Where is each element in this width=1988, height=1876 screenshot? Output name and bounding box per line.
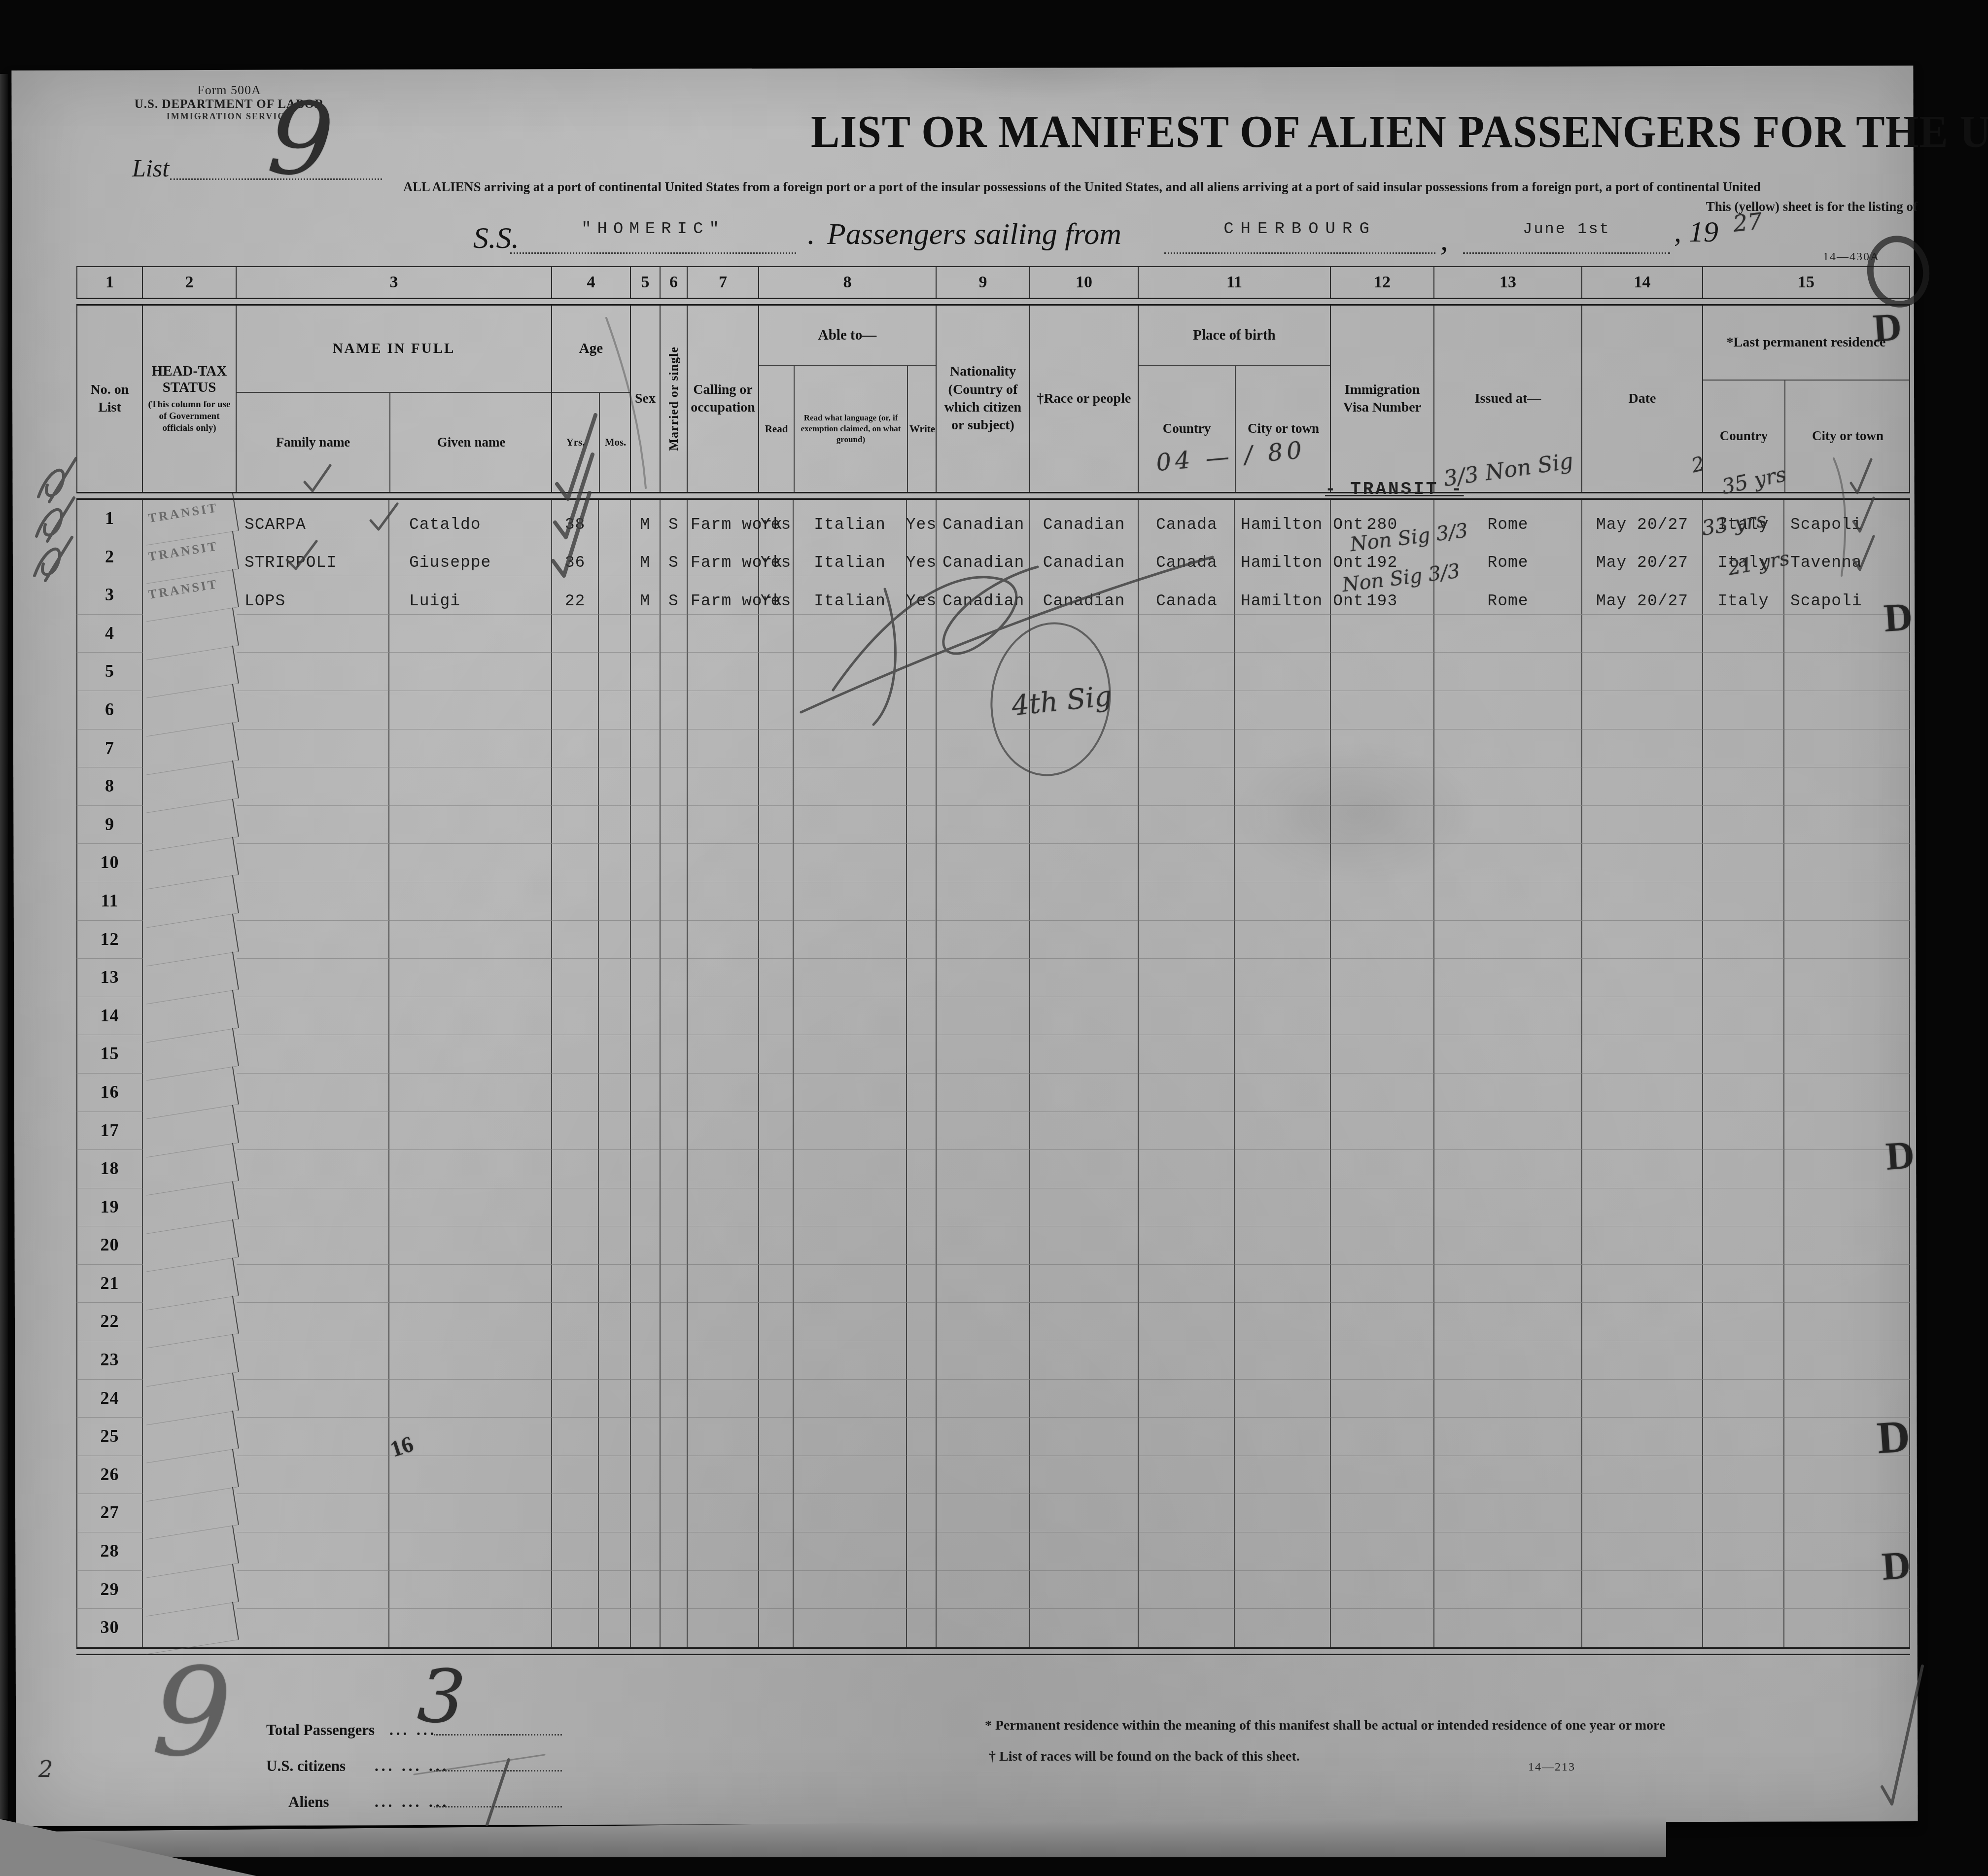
cell-no: 3 xyxy=(76,576,143,615)
cell-sex xyxy=(631,1035,661,1074)
cell-mos xyxy=(599,1341,631,1380)
cell-race: Canadian xyxy=(1030,576,1139,615)
cell-write xyxy=(907,1532,937,1571)
table-row: 8 xyxy=(76,767,1910,806)
cell-lang: Italian xyxy=(794,576,907,615)
column-number-6: 6 xyxy=(661,267,688,298)
cell-date xyxy=(1582,1571,1703,1609)
cell-issued xyxy=(1434,615,1582,653)
cell-yrs xyxy=(552,921,599,959)
port-line: CHERBOURG xyxy=(1164,220,1435,254)
cell-race xyxy=(1030,1112,1139,1150)
cell-visa xyxy=(1331,767,1434,806)
table-row: 15 xyxy=(76,1035,1910,1074)
cell-calling xyxy=(688,1494,759,1532)
cell-yrs xyxy=(552,1035,599,1074)
cell-lang xyxy=(794,1532,907,1571)
cell-b_country xyxy=(1139,767,1235,806)
column-number-12: 12 xyxy=(1331,267,1434,298)
table-row: 22 xyxy=(76,1303,1910,1341)
form-code-bottom: 14—213 xyxy=(1528,1761,1575,1774)
cell-yrs xyxy=(552,1074,599,1112)
cell-b_city xyxy=(1235,1150,1331,1188)
cell-given xyxy=(389,1456,552,1494)
cell-visa xyxy=(1331,1035,1434,1074)
cell-sex xyxy=(631,1418,661,1456)
cell-lang xyxy=(794,730,907,768)
cell-b_city xyxy=(1235,1074,1331,1112)
cell-read xyxy=(759,1494,794,1532)
cell-issued xyxy=(1434,997,1582,1036)
cell-lang xyxy=(794,767,907,806)
column-number-3: 3 xyxy=(237,267,552,298)
cell-date xyxy=(1582,691,1703,730)
cell-lang xyxy=(794,1188,907,1227)
cell-b_city xyxy=(1235,1571,1331,1609)
cell-sex xyxy=(631,1303,661,1341)
cell-date xyxy=(1582,997,1703,1036)
cell-l_city xyxy=(1784,806,1910,844)
cell-b_city xyxy=(1235,844,1331,882)
cell-yrs xyxy=(552,1532,599,1571)
cell-mos xyxy=(599,844,631,882)
cell-write xyxy=(907,1074,937,1112)
cell-given xyxy=(389,730,552,768)
cell-lang xyxy=(794,1226,907,1265)
cell-yrs xyxy=(552,615,599,653)
cell-b_country xyxy=(1139,653,1235,691)
cell-nationality xyxy=(937,1494,1030,1532)
cell-issued xyxy=(1434,921,1582,959)
cell-mos xyxy=(599,767,631,806)
comma: , xyxy=(1440,223,1448,258)
cell-yrs xyxy=(552,1609,599,1647)
d-stamp: D xyxy=(1884,1133,1916,1180)
cell-b_country xyxy=(1139,1532,1235,1571)
cell-yrs xyxy=(552,882,599,921)
cell-marital xyxy=(661,1494,688,1532)
cell-family xyxy=(237,767,389,806)
cell-given xyxy=(389,997,552,1036)
cell-calling xyxy=(688,1380,759,1418)
cell-no: 30 xyxy=(76,1609,143,1647)
cell-b_country xyxy=(1139,844,1235,882)
cell-given: Giuseppe xyxy=(389,538,552,577)
table-row: 12 xyxy=(76,921,1910,959)
cell-issued xyxy=(1434,767,1582,806)
cell-yrs xyxy=(552,767,599,806)
cell-yrs xyxy=(552,806,599,844)
cell-no: 27 xyxy=(76,1494,143,1532)
cell-marital xyxy=(661,1341,688,1380)
cell-mos xyxy=(599,806,631,844)
cell-given xyxy=(389,1571,552,1609)
cell-date xyxy=(1582,1341,1703,1380)
cell-lang xyxy=(794,806,907,844)
cell-calling xyxy=(688,1188,759,1227)
page-left-edge xyxy=(0,74,8,1819)
cell-sex xyxy=(631,767,661,806)
cell-sex xyxy=(631,1571,661,1609)
cell-issued xyxy=(1434,806,1582,844)
cell-read xyxy=(759,1341,794,1380)
cell-read xyxy=(759,1035,794,1074)
cell-mos xyxy=(599,1150,631,1188)
cell-visa xyxy=(1331,1571,1434,1609)
cell-l_country xyxy=(1703,1571,1784,1609)
cell-b_country xyxy=(1139,1494,1235,1532)
table-row: 10 xyxy=(76,844,1910,882)
cell-calling xyxy=(688,730,759,768)
cell-date xyxy=(1582,730,1703,768)
cell-issued xyxy=(1434,1226,1582,1265)
cell-lang xyxy=(794,1265,907,1303)
cell-mos xyxy=(599,1188,631,1227)
cell-calling xyxy=(688,844,759,882)
cell-given xyxy=(389,882,552,921)
cell-calling xyxy=(688,921,759,959)
cell-date: May 20/27 xyxy=(1582,538,1703,577)
ink-bleed-smudge xyxy=(887,35,1183,99)
manifest-body: 1TRANSITSCARPACataldo38MSFarm workYesIta… xyxy=(76,500,1910,1647)
header-age: Age xyxy=(552,306,630,392)
cell-b_country xyxy=(1139,1035,1235,1074)
cell-lang xyxy=(794,1571,907,1609)
port-of-sailing: CHERBOURG xyxy=(1223,220,1376,239)
cell-race xyxy=(1030,1380,1139,1418)
d-stamp: D xyxy=(1872,305,1903,351)
cell-family xyxy=(237,615,389,653)
cell-issued xyxy=(1434,1532,1582,1571)
cell-race xyxy=(1030,844,1139,882)
column-number-14: 14 xyxy=(1582,267,1703,298)
cell-l_city xyxy=(1784,1188,1910,1227)
column-number-row: 123456789101112131415 xyxy=(76,267,1910,298)
header-place-of-birth: Place of birth xyxy=(1139,306,1330,365)
cell-visa xyxy=(1331,615,1434,653)
cell-b_country xyxy=(1139,1226,1235,1265)
cell-no: 8 xyxy=(76,767,143,806)
cell-b_country xyxy=(1139,1188,1235,1227)
cell-sex xyxy=(631,1074,661,1112)
cell-visa xyxy=(1331,959,1434,997)
cell-mos xyxy=(599,615,631,653)
cell-race xyxy=(1030,1341,1139,1380)
cell-l_country xyxy=(1703,653,1784,691)
cell-mos xyxy=(599,576,631,615)
cell-lang xyxy=(794,1303,907,1341)
cell-b_country xyxy=(1139,921,1235,959)
cell-b_country xyxy=(1139,1150,1235,1188)
cell-read: Yes xyxy=(759,576,794,615)
cell-lang xyxy=(794,1112,907,1150)
cell-calling xyxy=(688,1112,759,1150)
cell-marital xyxy=(661,844,688,882)
cell-issued xyxy=(1434,1188,1582,1227)
cell-race: Canadian xyxy=(1030,538,1139,577)
cell-sex xyxy=(631,921,661,959)
cell-l_country xyxy=(1703,1380,1784,1418)
cell-l_city xyxy=(1784,1341,1910,1380)
cell-calling xyxy=(688,1265,759,1303)
cell-issued xyxy=(1434,882,1582,921)
cell-no: 12 xyxy=(76,921,143,959)
cell-b_country xyxy=(1139,806,1235,844)
cell-given xyxy=(389,1035,552,1074)
cell-visa xyxy=(1331,1303,1434,1341)
us-citizens-label: U.S. citizens xyxy=(266,1757,346,1775)
cell-lang xyxy=(794,615,907,653)
ship-name-line: "HOMERIC" xyxy=(510,220,796,254)
cell-date xyxy=(1582,1456,1703,1494)
cell-l_country xyxy=(1703,1341,1784,1380)
cell-visa xyxy=(1331,921,1434,959)
cell-marital xyxy=(661,653,688,691)
table-row: 4 xyxy=(76,615,1910,653)
cell-race xyxy=(1030,921,1139,959)
cell-visa xyxy=(1331,882,1434,921)
cell-read xyxy=(759,1303,794,1341)
table-row: 20 xyxy=(76,1226,1910,1265)
table-row: 23 xyxy=(76,1341,1910,1380)
cell-l_city xyxy=(1784,1303,1910,1341)
cell-date: May 20/27 xyxy=(1582,576,1703,615)
cell-family xyxy=(237,730,389,768)
header-nationality: Nationality (Country of which citizen or… xyxy=(937,306,1029,492)
cell-no: 28 xyxy=(76,1532,143,1571)
cell-visa xyxy=(1331,1074,1434,1112)
cell-issued xyxy=(1434,1035,1582,1074)
cell-mos xyxy=(599,1418,631,1456)
table-row: 26 xyxy=(76,1456,1910,1494)
cell-l_city xyxy=(1784,691,1910,730)
cell-family xyxy=(237,997,389,1036)
cell-yrs xyxy=(552,959,599,997)
cell-read xyxy=(759,1571,794,1609)
cell-marital xyxy=(661,1112,688,1150)
cell-sex xyxy=(631,1112,661,1150)
table-row: 13 xyxy=(76,959,1910,997)
cell-family xyxy=(237,1150,389,1188)
cell-mos xyxy=(599,730,631,768)
cell-b_city xyxy=(1235,1035,1331,1074)
cell-read xyxy=(759,615,794,653)
cell-sex xyxy=(631,959,661,997)
cell-sex xyxy=(631,844,661,882)
cell-issued xyxy=(1434,1456,1582,1494)
cell-given xyxy=(389,1609,552,1647)
cell-family xyxy=(237,1380,389,1418)
cell-visa xyxy=(1331,730,1434,768)
cell-no: 25 xyxy=(76,1418,143,1456)
cell-given: Cataldo xyxy=(389,500,552,538)
cell-marital xyxy=(661,1380,688,1418)
cell-race xyxy=(1030,1418,1139,1456)
column-number-13: 13 xyxy=(1434,267,1582,298)
cell-given xyxy=(389,1112,552,1150)
cell-race xyxy=(1030,997,1139,1036)
header-no-on-list: No. on List xyxy=(84,306,136,492)
cell-no: 10 xyxy=(76,844,143,882)
cell-b_country xyxy=(1139,959,1235,997)
cell-no: 17 xyxy=(76,1112,143,1150)
cell-no: 6 xyxy=(76,691,143,730)
cell-issued xyxy=(1434,1341,1582,1380)
cell-family xyxy=(237,844,389,882)
cell-date xyxy=(1582,844,1703,882)
aliens-leader-line xyxy=(434,1783,562,1807)
cell-b_city xyxy=(1235,767,1331,806)
cell-yrs xyxy=(552,1494,599,1532)
cell-no: 26 xyxy=(76,1456,143,1494)
cell-sex xyxy=(631,1226,661,1265)
cell-issued xyxy=(1434,653,1582,691)
cell-write xyxy=(907,1418,937,1456)
cell-sex xyxy=(631,1494,661,1532)
cell-nationality xyxy=(937,1265,1030,1303)
cell-family xyxy=(237,1609,389,1647)
cell-family xyxy=(237,921,389,959)
cell-given xyxy=(389,767,552,806)
cell-yrs xyxy=(552,730,599,768)
cell-no: 2 xyxy=(76,538,143,577)
cell-issued xyxy=(1434,1112,1582,1150)
handwritten-total: 3 xyxy=(416,1659,468,1736)
cell-read xyxy=(759,882,794,921)
list-label: List xyxy=(132,154,169,182)
cell-race xyxy=(1030,1609,1139,1647)
cell-b_country: Canada xyxy=(1139,500,1235,538)
cell-calling xyxy=(688,1074,759,1112)
cell-visa xyxy=(1331,1532,1434,1571)
cell-nationality xyxy=(937,1418,1030,1456)
cell-family: SCARPA xyxy=(237,500,389,538)
header-given-name: Given name xyxy=(389,393,552,492)
cell-given xyxy=(389,1341,552,1380)
cell-b_city xyxy=(1235,615,1331,653)
cell-lang xyxy=(794,882,907,921)
table-row: 17 xyxy=(76,1112,1910,1150)
cell-calling xyxy=(688,1532,759,1571)
cell-write xyxy=(907,959,937,997)
cell-lang xyxy=(794,1380,907,1418)
cell-marital xyxy=(661,1571,688,1609)
cell-given xyxy=(389,1074,552,1112)
header-head-tax: HEAD-TAX STATUS xyxy=(143,363,236,396)
header-write: Write xyxy=(907,366,937,492)
cell-read xyxy=(759,806,794,844)
cell-given xyxy=(389,1494,552,1532)
cell-read xyxy=(759,691,794,730)
cell-mos xyxy=(599,1074,631,1112)
cell-l_country xyxy=(1703,1456,1784,1494)
header-sex: Sex xyxy=(631,306,660,492)
cell-yrs: 36 xyxy=(552,538,599,577)
cell-nationality xyxy=(937,882,1030,921)
cell-mos xyxy=(599,500,631,538)
cell-calling xyxy=(688,1456,759,1494)
cell-read xyxy=(759,997,794,1036)
table-row: 19 xyxy=(76,1188,1910,1227)
header-res-city: City or town xyxy=(1784,381,1910,492)
table-row: 14 xyxy=(76,997,1910,1036)
cell-issued xyxy=(1434,1150,1582,1188)
cell-write xyxy=(907,1303,937,1341)
cell-issued xyxy=(1434,844,1582,882)
cell-write xyxy=(907,1380,937,1418)
table-row: 11 xyxy=(76,882,1910,921)
cell-issued xyxy=(1434,1303,1582,1341)
cell-lang xyxy=(794,691,907,730)
cell-mos xyxy=(599,959,631,997)
cell-nationality xyxy=(937,1571,1030,1609)
cell-family xyxy=(237,1418,389,1456)
cell-calling xyxy=(688,767,759,806)
cell-marital xyxy=(661,767,688,806)
cell-marital xyxy=(661,1418,688,1456)
cell-lang xyxy=(794,1035,907,1074)
cell-read xyxy=(759,1150,794,1188)
cell-family xyxy=(237,1456,389,1494)
handwritten-list-number-bottom: 9 xyxy=(150,1649,235,1776)
cell-b_country xyxy=(1139,1418,1235,1456)
header-yrs: Yrs. xyxy=(552,393,599,492)
cell-l_country xyxy=(1703,1188,1784,1227)
cell-calling xyxy=(688,691,759,730)
cell-no: 18 xyxy=(76,1150,143,1188)
cell-given xyxy=(389,806,552,844)
cell-race xyxy=(1030,1303,1139,1341)
cell-family xyxy=(237,1494,389,1532)
cell-nationality xyxy=(937,844,1030,882)
table-row: 2TRANSITSTRIPPOLIGiuseppe36MSFarm workYe… xyxy=(76,538,1910,577)
cell-no: 20 xyxy=(76,1226,143,1265)
cell-race xyxy=(1030,1571,1139,1609)
cell-write xyxy=(907,1112,937,1150)
cell-l_city xyxy=(1784,1035,1910,1074)
cell-no: 21 xyxy=(76,1265,143,1303)
cell-sex xyxy=(631,691,661,730)
cell-calling: Farm work xyxy=(688,576,759,615)
cell-sex xyxy=(631,997,661,1036)
cell-mos xyxy=(599,538,631,577)
cell-nationality: Canadian xyxy=(937,500,1030,538)
cell-l_city xyxy=(1784,1265,1910,1303)
cell-date xyxy=(1582,767,1703,806)
cell-read xyxy=(759,921,794,959)
cell-mos xyxy=(599,1532,631,1571)
handwritten-year: 27 xyxy=(1732,208,1763,237)
cell-nationality xyxy=(937,1150,1030,1188)
cell-visa xyxy=(1331,1188,1434,1227)
cell-date xyxy=(1582,1074,1703,1112)
cell-nationality xyxy=(937,921,1030,959)
cell-marital xyxy=(661,1456,688,1494)
cell-l_city xyxy=(1784,959,1910,997)
cell-date xyxy=(1582,921,1703,959)
cell-b_country xyxy=(1139,1265,1235,1303)
cell-nationality xyxy=(937,1035,1030,1074)
sail-date: June 1st xyxy=(1523,220,1610,238)
cell-lang xyxy=(794,1456,907,1494)
cell-write xyxy=(907,806,937,844)
cell-mos xyxy=(599,882,631,921)
cell-l_country xyxy=(1703,997,1784,1036)
cell-lang xyxy=(794,1418,907,1456)
cell-issued xyxy=(1434,1380,1582,1418)
cell-race xyxy=(1030,806,1139,844)
cell-yrs xyxy=(552,844,599,882)
